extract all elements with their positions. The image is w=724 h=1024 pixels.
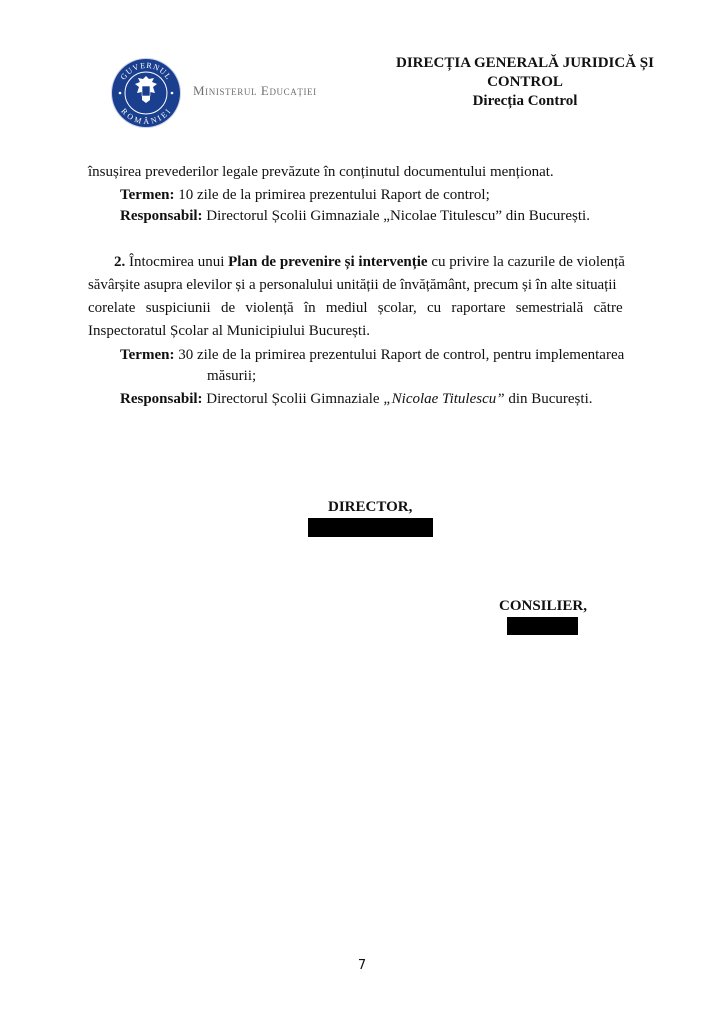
consilier-name-redacted — [507, 617, 578, 635]
item2-intro: Întocmirea unui — [125, 254, 228, 270]
responsabil-text: Directorul Școlii Gimnaziale „Nicolae Ti… — [203, 208, 590, 224]
page-number: 7 — [350, 958, 374, 973]
responsabil-text: Directorul Școlii Gimnaziale — [203, 391, 384, 407]
responsabil-label: Responsabil: — [120, 391, 203, 407]
item1-responsabil: Responsabil: Directorul Școlii Gimnazial… — [120, 206, 590, 226]
item2-responsabil: Responsabil: Directorul Școlii Gimnazial… — [120, 389, 592, 409]
item2-line4: Inspectoratul Școlar al Municipiului Buc… — [88, 321, 370, 341]
item2-termen-cont: măsurii; — [207, 366, 256, 386]
termen-text: 10 zile de la primirea prezentului Rapor… — [174, 187, 489, 203]
termen-label: Termen: — [120, 187, 174, 203]
responsabil-text-end: din București. — [505, 391, 593, 407]
government-seal-logo: GUVERNUL ROMÂNIEI — [112, 59, 180, 127]
item2-plan-title: Plan de prevenire și intervenție — [228, 254, 427, 270]
item2-number: 2. — [114, 254, 125, 270]
item2-termen: Termen: 30 zile de la primirea prezentul… — [120, 345, 624, 365]
termen-label: Termen: — [120, 347, 174, 363]
ministry-name: Ministerul Educației — [193, 83, 317, 99]
termen-text: 30 zile de la primirea prezentului Rapor… — [174, 347, 624, 363]
continuation-text: însușirea prevederilor legale prevăzute … — [88, 162, 554, 182]
item2-line2: săvârșite asupra elevilor și a personalu… — [88, 275, 616, 295]
school-name: „Nicolae Titulescu” — [383, 391, 504, 407]
item2-line3: corelate suspiciunii de violență în medi… — [88, 298, 623, 318]
item2-first-line: 2. Întocmirea unui Plan de prevenire și … — [114, 252, 625, 272]
responsabil-label: Responsabil: — [120, 208, 203, 224]
director-name-redacted — [308, 518, 433, 537]
department-title-line2: CONTROL — [360, 73, 690, 92]
government-seal-icon: GUVERNUL ROMÂNIEI — [112, 59, 180, 127]
consilier-title: CONSILIER, — [499, 598, 587, 615]
director-title: DIRECTOR, — [328, 499, 412, 516]
item2-line1-rest: cu privire la cazurile de violență — [428, 254, 625, 270]
department-title-line1: DIRECȚIA GENERALĂ JURIDICĂ ȘI — [360, 54, 690, 73]
division-title: Direcția Control — [360, 92, 690, 111]
item1-termen: Termen: 10 zile de la primirea prezentul… — [120, 185, 490, 205]
